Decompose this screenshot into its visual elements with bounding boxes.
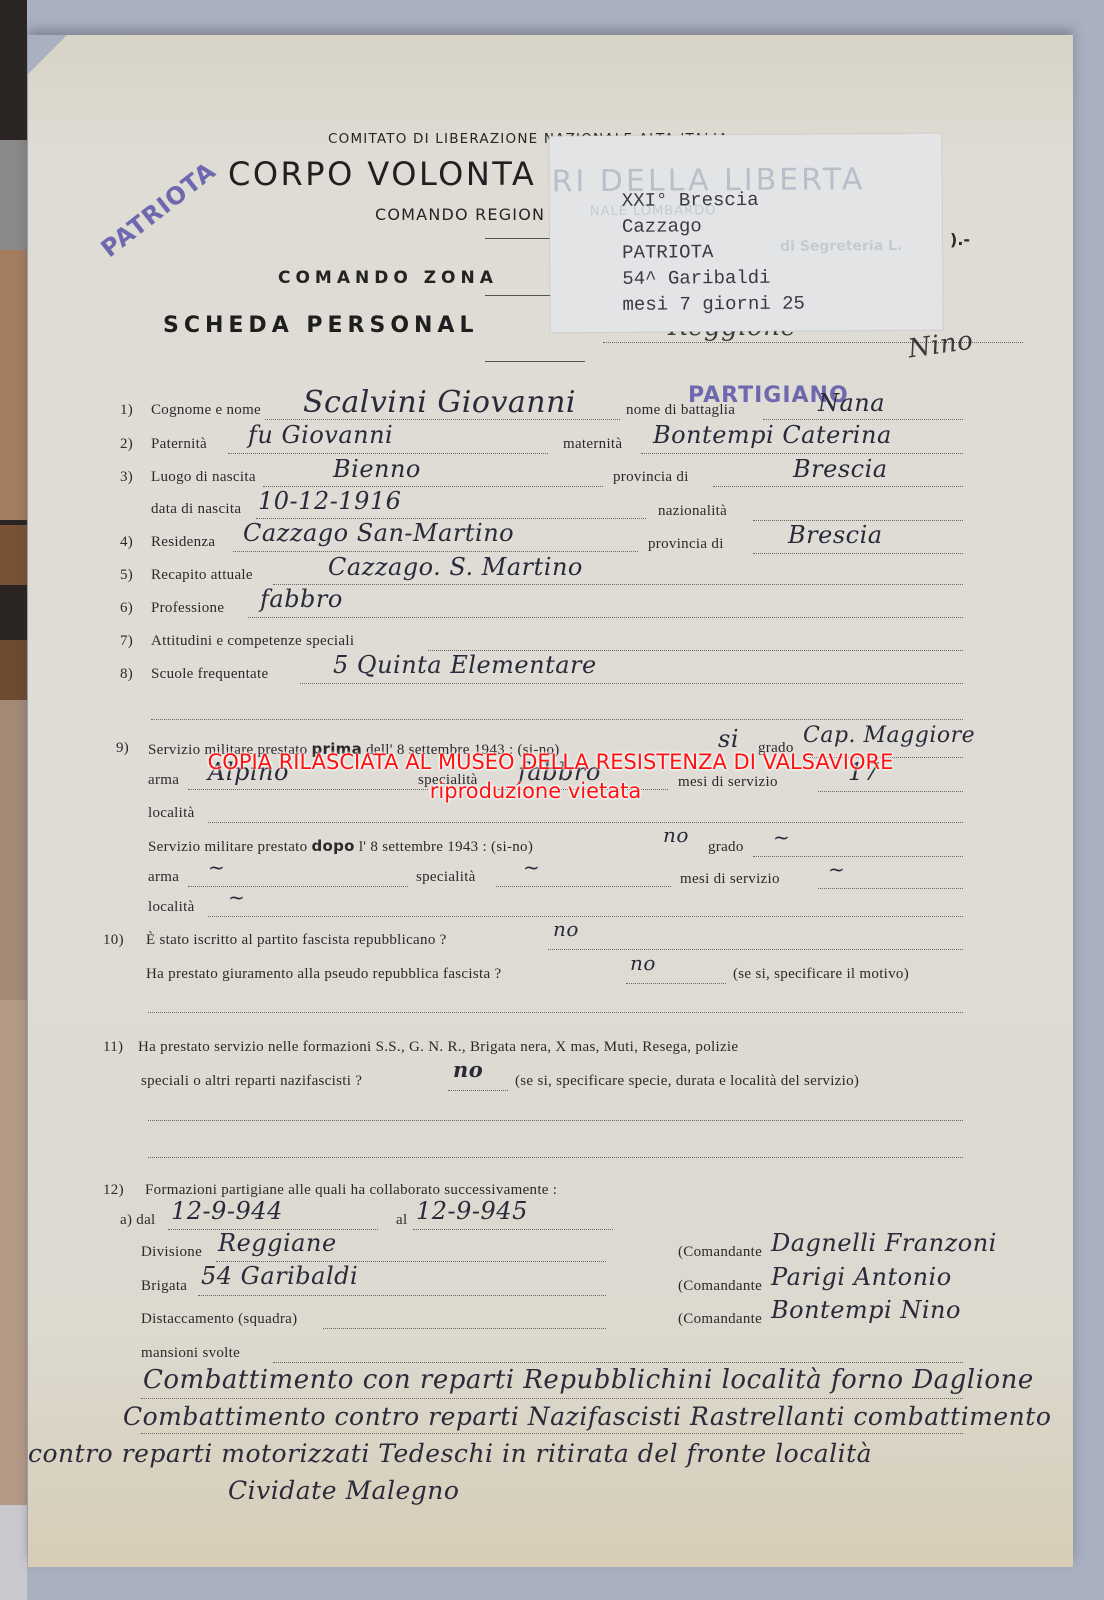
label-name: Cognome e nome (151, 402, 261, 419)
personal-record-sheet: COMITATO DI LIBERAZIONE NAZIONALE ALTA I… (28, 35, 1073, 1567)
duties-line-4: Cividate Malegno (228, 1476, 459, 1505)
background-left-strip (0, 0, 27, 1600)
sheet-title: SCHEDA PERSONAL (163, 313, 478, 338)
value-division-commander: Dagnelli Franzoni (771, 1229, 997, 1257)
value-paternity: fu Giovanni (248, 421, 393, 449)
value-residence-province: Brescia (788, 521, 883, 549)
partial-marker: ).- (950, 230, 970, 249)
value-from-date: 12-9-944 (171, 1197, 283, 1225)
value-battle-name: Nana (818, 389, 885, 417)
regional-command: COMANDO REGION (375, 205, 545, 224)
value-birthplace: Bienno (333, 455, 421, 483)
value-nazifascist-service: no (453, 1057, 483, 1082)
value-brigade-commander: Parigi Antonio (771, 1263, 952, 1291)
pasted-typed-label: RI DELLA LIBERTA NALE LOMBARDO di Segret… (549, 134, 942, 333)
value-service-after: no (663, 823, 689, 847)
value-birthdate: 10-12-1916 (258, 487, 401, 515)
handwritten-signature-top: Nino (906, 326, 975, 365)
value-current-address: Cazzago. S. Martino (328, 553, 583, 581)
value-detachment-commander: Bontempi Nino (771, 1296, 961, 1324)
zone-command: COMANDO ZONA (278, 268, 498, 288)
watermark-line-2: riproduzione vietata (28, 779, 1058, 803)
duties-line-1: Combattimento con reparti Repubblichini … (143, 1365, 1034, 1395)
patriota-stamp: PATRIOTA (96, 156, 221, 263)
value-residence: Cazzago San-Martino (243, 519, 514, 547)
value-division: Reggiane (218, 1229, 337, 1257)
typed-lines: XXI° Brescia Cazzago PATRIOTA 54^ Gariba… (622, 187, 805, 318)
value-to-date: 12-9-945 (416, 1197, 528, 1225)
value-service-before: si (718, 725, 739, 753)
value-brigade: 54 Garibaldi (201, 1262, 358, 1290)
value-rank: Cap. Maggiore (803, 723, 975, 748)
value-fascist-party: no (553, 917, 579, 941)
value-schools: 5 Quinta Elementare (333, 651, 597, 679)
duties-line-2: Combattimento contro reparti Nazifascist… (123, 1402, 1051, 1431)
value-profession: fabbro (260, 585, 343, 613)
value-maternity: Bontempi Caterina (653, 421, 892, 449)
value-birth-province: Brescia (793, 455, 888, 483)
watermark-line-1: COPIA RILASCIATA AL MUSEO DELLA RESISTEN… (28, 750, 1073, 774)
value-oath: no (630, 951, 656, 975)
duties-line-3: contro reparti motorizzati Tedeschi in r… (28, 1439, 872, 1468)
corps-title: CORPO VOLONTA (228, 155, 536, 193)
value-name: Scalvini Giovanni (303, 385, 576, 420)
